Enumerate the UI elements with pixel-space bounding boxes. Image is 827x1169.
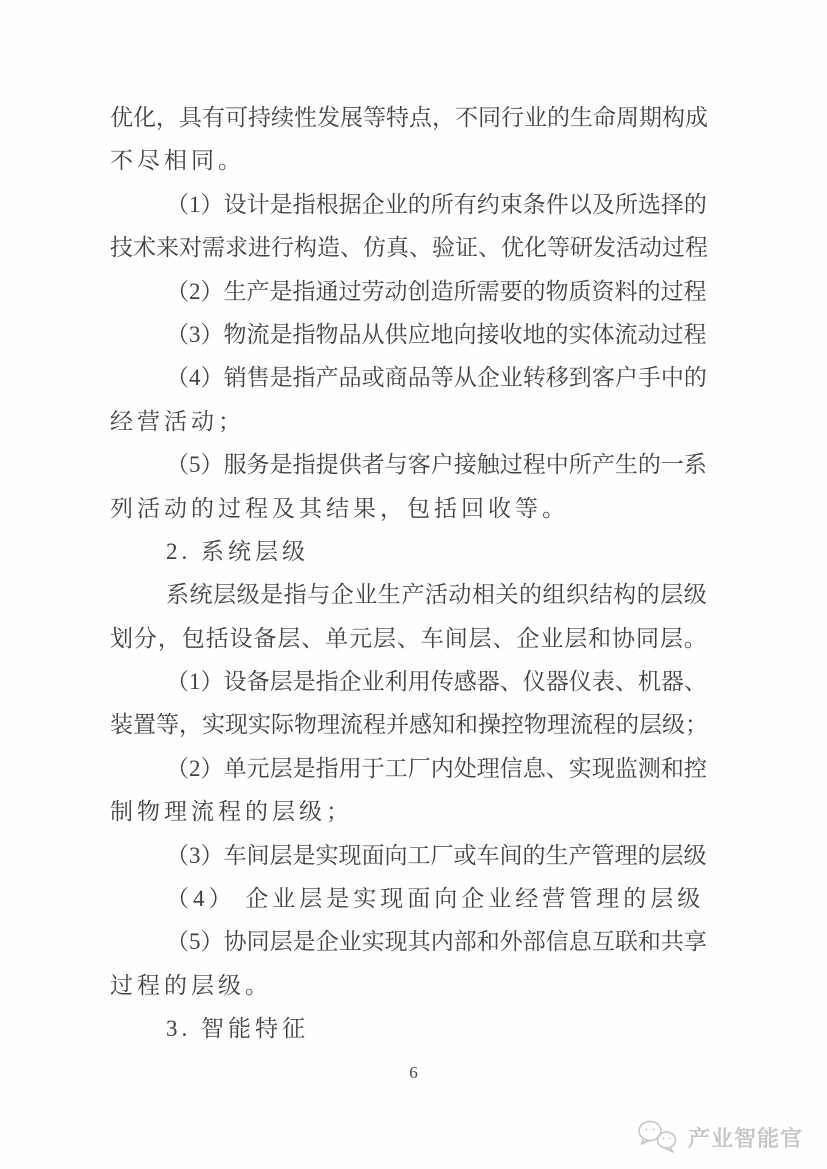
text-line: 技术来对需求进行构造、仿真、验证、优化等研发活动过程； — [110, 226, 707, 269]
text-line: 经营活动； — [110, 400, 707, 443]
watermark: 产业智能官 — [637, 1119, 803, 1155]
watermark-label: 产业智能官 — [688, 1122, 803, 1153]
text-line: （5） 协同层是企业实现其内部和外部信息互联和共享 — [110, 920, 707, 963]
document-page: 优化，具有可持续性发展等特点，不同行业的生命周期构成不尽相同。（1） 设计是指根… — [0, 0, 827, 1169]
text-line: 划分，包括设备层、单元层、车间层、企业层和协同层。 — [110, 617, 707, 660]
text-line: （4） 企业层是实现面向企业经营管理的层级； — [110, 877, 707, 920]
text-line: 过程的层级。 — [110, 964, 707, 1007]
text-line: （4） 销售是指产品或商品等从企业转移到客户手中的 — [110, 356, 707, 399]
text-line: （3） 车间层是实现面向工厂或车间的生产管理的层级； — [110, 834, 707, 877]
text-line: 装置等，实现实际物理流程并感知和操控物理流程的层级； — [110, 703, 707, 746]
text-line: （1） 设备层是指企业利用传感器、仪器仪表、机器、 — [110, 660, 707, 703]
text-line: 系统层级是指与企业生产活动相关的组织结构的层级 — [110, 573, 707, 616]
text-line: （5） 服务是指提供者与客户接触过程中所产生的一系 — [110, 443, 707, 486]
text-line: 优化，具有可持续性发展等特点，不同行业的生命周期构成 — [110, 96, 707, 139]
text-line: 3. 智能特征 — [110, 1007, 707, 1050]
text-line: （1） 设计是指根据企业的所有约束条件以及所选择的 — [110, 183, 707, 226]
body-text: 优化，具有可持续性发展等特点，不同行业的生命周期构成不尽相同。（1） 设计是指根… — [110, 96, 707, 1051]
page-number: 6 — [0, 1063, 827, 1083]
text-line: 2. 系统层级 — [110, 530, 707, 573]
text-line: 不尽相同。 — [110, 139, 707, 182]
text-line: （3） 物流是指物品从供应地向接收地的实体流动过程； — [110, 313, 707, 356]
text-line: 制物理流程的层级； — [110, 790, 707, 833]
chat-bubbles-icon — [637, 1119, 681, 1155]
text-line: 列活动的过程及其结果，包括回收等。 — [110, 487, 707, 530]
text-line: （2） 单元层是指用于工厂内处理信息、实现监测和控 — [110, 747, 707, 790]
text-line: （2） 生产是指通过劳动创造所需要的物质资料的过程； — [110, 270, 707, 313]
